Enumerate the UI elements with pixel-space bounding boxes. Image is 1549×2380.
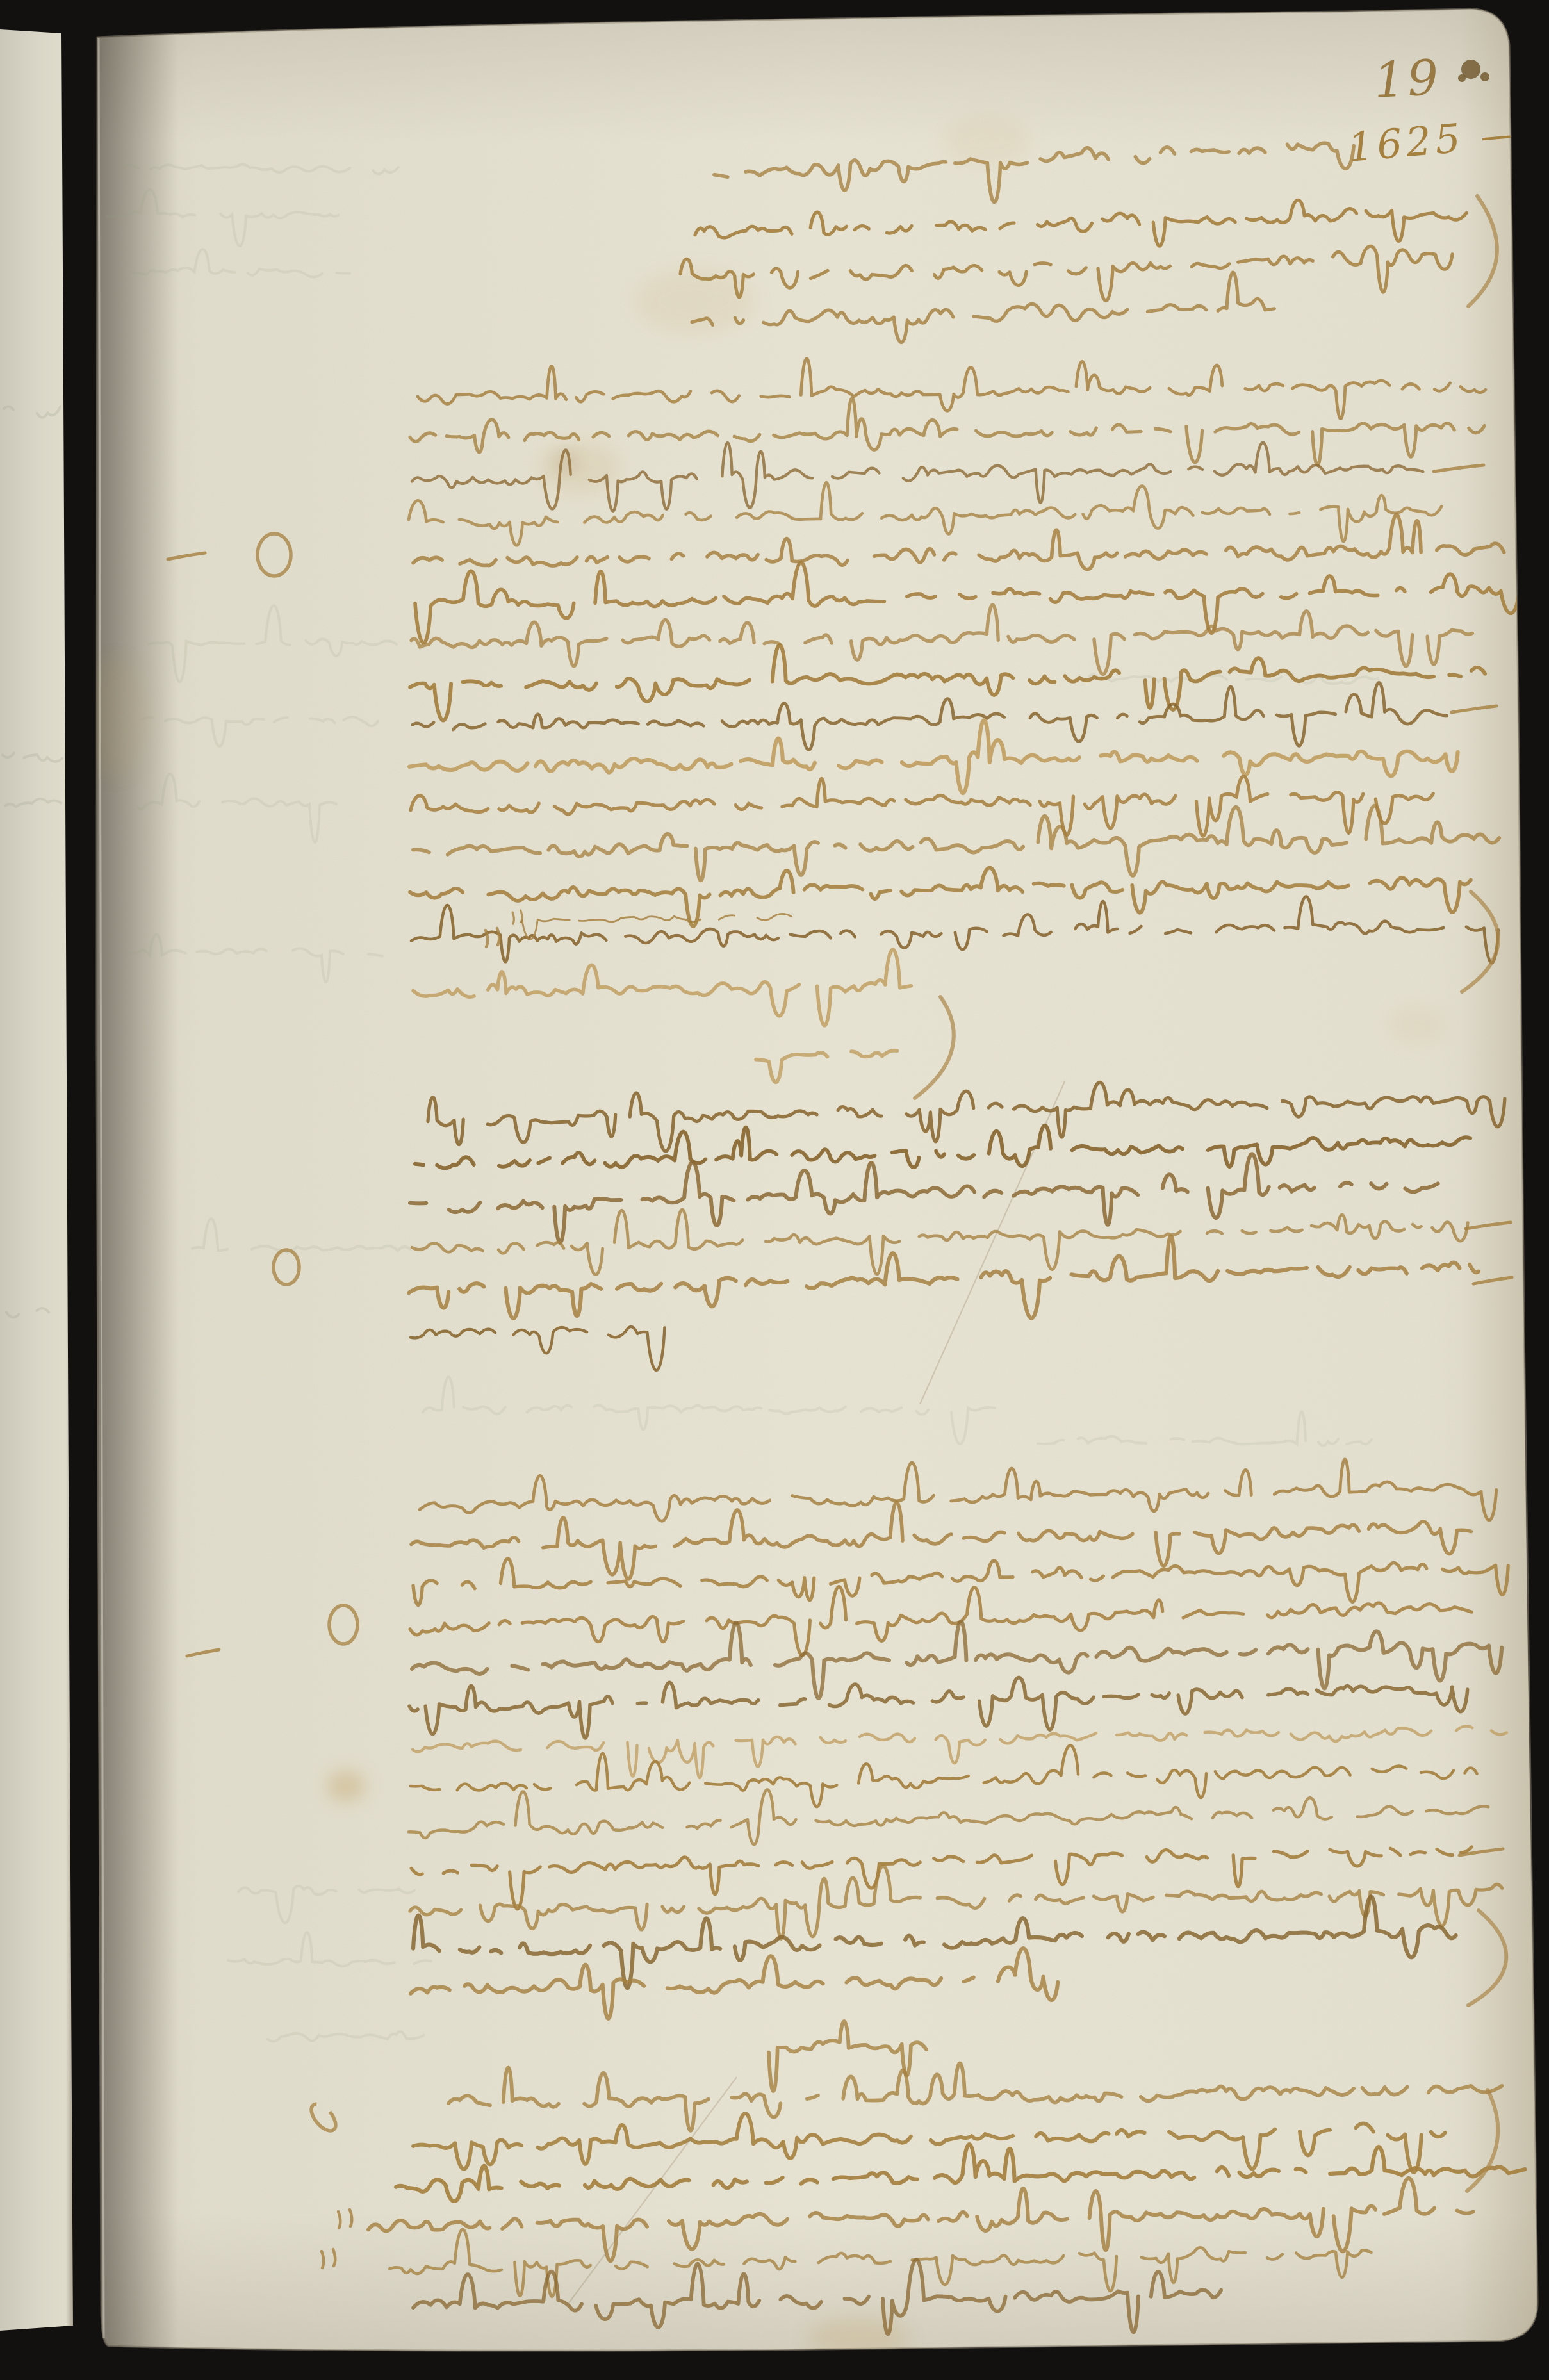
ink-blot — [1458, 74, 1466, 82]
facing-page-edge — [0, 29, 73, 2331]
paper-stain — [942, 115, 1031, 167]
ink-blot — [1480, 72, 1489, 81]
manuscript-photo: 19 1625 — — [0, 0, 1549, 2380]
paper-stain — [327, 1771, 365, 1801]
manuscript-scan: 19 1625 — — [0, 0, 1549, 2380]
paper-shading — [80, 0, 1549, 2380]
paper-stain — [1387, 1005, 1445, 1046]
paper-stain — [538, 441, 621, 495]
paper-grain — [90, 0, 1549, 2380]
manuscript-page — [80, 0, 1549, 2380]
page-number: 19 — [1372, 49, 1442, 109]
